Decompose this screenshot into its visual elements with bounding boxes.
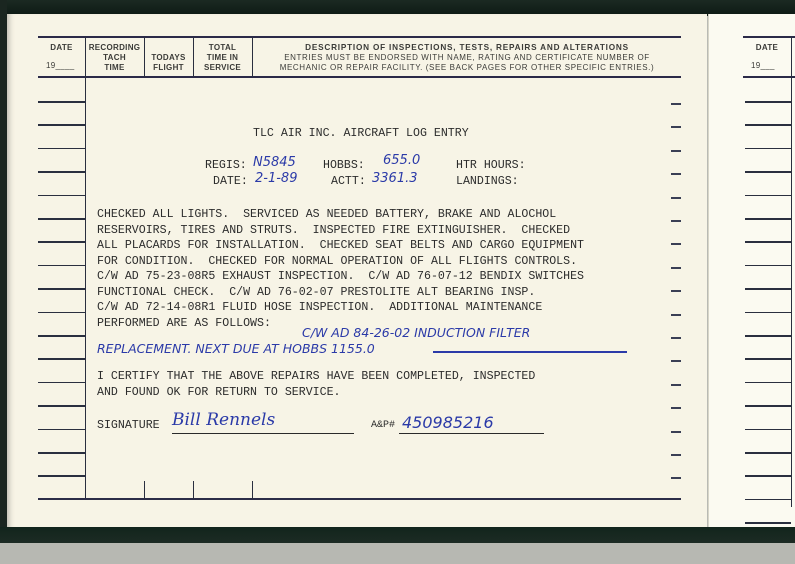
- row-rule: [745, 148, 791, 150]
- ap-number-line: [399, 433, 544, 434]
- header-text: TOTAL: [193, 43, 252, 53]
- col-divider: [144, 481, 145, 499]
- row-rule: [38, 312, 85, 314]
- certification-line-1: I CERTIFY THAT THE ABOVE REPAIRS HAVE BE…: [97, 369, 535, 384]
- row-rule: [38, 358, 85, 360]
- landings-label: LANDINGS:: [456, 174, 519, 189]
- entry-body-line: ALL PLACARDS FOR INSTALLATION. CHECKED S…: [97, 238, 584, 253]
- header-total-time-in-service: TOTAL TIME IN SERVICE: [193, 43, 252, 73]
- row-rule: [745, 358, 791, 360]
- row-rule: [745, 499, 791, 501]
- row-rule: [38, 101, 85, 103]
- row-rule: [745, 405, 791, 407]
- header-todays-flight: TODAYS FLIGHT: [144, 53, 193, 73]
- row-rule: [38, 241, 85, 243]
- header-top-rule: [38, 36, 681, 38]
- description-title: DESCRIPTION OF INSPECTIONS, TESTS, REPAI…: [253, 43, 681, 53]
- row-rule: [38, 124, 85, 126]
- row-rule: [38, 429, 85, 431]
- header-date-year: 19___: [743, 61, 791, 71]
- date-label: DATE:: [213, 174, 248, 189]
- row-tick: [671, 337, 681, 339]
- row-tick: [671, 267, 681, 269]
- entry-body-line: RESERVOIRS, TIRES AND STRUTS. INSPECTED …: [97, 223, 570, 238]
- col-divider: [193, 481, 194, 499]
- logbook-page: DATE 19____ RECORDING TACH TIME TODAYS F…: [7, 14, 707, 529]
- row-rule: [745, 522, 791, 524]
- htr-hours-label: HTR HOURS:: [456, 158, 526, 173]
- row-tick: [671, 454, 681, 456]
- date-column-divider: [791, 37, 792, 507]
- row-tick: [671, 243, 681, 245]
- row-tick: [671, 150, 681, 152]
- row-rule: [745, 241, 791, 243]
- header-date-year: 19____: [38, 61, 85, 71]
- footer-bottom-rule: [38, 498, 681, 500]
- row-rule: [38, 475, 85, 477]
- row-rule: [38, 218, 85, 220]
- date-year-prefix: 19: [46, 61, 56, 70]
- actt-value: 3361.3: [372, 171, 418, 186]
- row-rule: [745, 288, 791, 290]
- header-text: SERVICE: [193, 63, 252, 73]
- row-rule: [38, 265, 85, 267]
- entry-body-line: C/W AD 75-23-08R5 EXHAUST INSPECTION. C/…: [97, 269, 584, 284]
- next-logbook-page: DATE 19___: [708, 14, 795, 529]
- row-rule: [745, 475, 791, 477]
- row-tick: [671, 173, 681, 175]
- handwritten-ad-note: C/W AD 84-26-02 INDUCTION FILTER: [302, 325, 530, 340]
- actt-label: ACTT:: [331, 174, 366, 189]
- entry-body-line: FOR CONDITION. CHECKED FOR NORMAL OPERAT…: [97, 254, 577, 269]
- hobbs-value: 655.0: [383, 153, 420, 168]
- row-rule: [745, 171, 791, 173]
- handwritten-strike-line: [433, 351, 627, 353]
- header-text: RECORDING: [85, 43, 144, 53]
- header-date-label: DATE: [38, 43, 85, 53]
- ap-number-label: A&P#: [371, 418, 395, 433]
- entry-body-line: PERFORMED ARE AS FOLLOWS:: [97, 316, 271, 331]
- header-text: TIME IN: [193, 53, 252, 63]
- regis-label: REGIS:: [205, 158, 247, 173]
- date-year-prefix: 19: [751, 61, 761, 70]
- row-rule: [38, 288, 85, 290]
- row-tick: [671, 477, 681, 479]
- row-rule: [745, 382, 791, 384]
- header-bottom-rule: [38, 76, 681, 78]
- row-rule: [745, 312, 791, 314]
- row-rule: [38, 382, 85, 384]
- header-date-label: DATE: [743, 43, 791, 53]
- header-bottom-rule: [743, 76, 795, 78]
- entry-title: TLC AIR INC. AIRCRAFT LOG ENTRY: [253, 126, 469, 141]
- signature-line: [172, 433, 354, 434]
- signature-value: Bill Rennels: [172, 410, 275, 430]
- row-rule: [38, 405, 85, 407]
- row-tick: [671, 431, 681, 433]
- row-rule: [38, 335, 85, 337]
- row-rule: [38, 148, 85, 150]
- hobbs-label: HOBBS:: [323, 158, 365, 173]
- row-tick: [671, 220, 681, 222]
- header-description: DESCRIPTION OF INSPECTIONS, TESTS, REPAI…: [253, 43, 681, 73]
- description-instructions: ENTRIES MUST BE ENDORSED WITH NAME, RATI…: [253, 53, 681, 63]
- date-value: 2-1-89: [255, 171, 297, 186]
- ap-number-value: 450985216: [402, 413, 494, 432]
- row-rule: [745, 195, 791, 197]
- entry-body-line: FUNCTIONAL CHECK. C/W AD 76-02-07 PRESTO…: [97, 285, 535, 300]
- regis-value: N5845: [253, 155, 296, 170]
- entry-body-line: C/W AD 72-14-08R1 FLUID HOSE INSPECTION.…: [97, 300, 542, 315]
- row-rule: [745, 124, 791, 126]
- header-date: DATE 19____: [38, 43, 85, 71]
- row-rule: [745, 335, 791, 337]
- scan-background: [0, 543, 795, 564]
- handwritten-next-due-note: REPLACEMENT. NEXT DUE AT HOBBS 1155.0: [97, 341, 375, 356]
- row-rule: [38, 195, 85, 197]
- certification-line-2: AND FOUND OK FOR RETURN TO SERVICE.: [97, 385, 341, 400]
- row-tick: [671, 360, 681, 362]
- row-tick: [671, 197, 681, 199]
- row-rule: [38, 171, 85, 173]
- row-rule: [745, 265, 791, 267]
- row-tick: [671, 314, 681, 316]
- row-tick: [671, 407, 681, 409]
- header-text: TODAYS: [144, 53, 193, 63]
- description-instructions: MECHANIC OR REPAIR FACILITY. (SEE BACK P…: [253, 63, 681, 73]
- date-column-divider: [85, 77, 86, 499]
- signature-label: SIGNATURE: [97, 418, 160, 433]
- logbook-cover-left: [0, 0, 7, 540]
- header-text: FLIGHT: [144, 63, 193, 73]
- header-top-rule: [743, 36, 795, 38]
- row-tick: [671, 384, 681, 386]
- row-tick: [671, 103, 681, 105]
- row-rule: [745, 452, 791, 454]
- row-rule: [745, 218, 791, 220]
- entry-body-line: CHECKED ALL LIGHTS. SERVICED AS NEEDED B…: [97, 207, 556, 222]
- header-date: DATE 19___: [743, 43, 791, 71]
- row-rule: [745, 101, 791, 103]
- row-rule: [38, 452, 85, 454]
- row-rule: [745, 429, 791, 431]
- row-tick: [671, 126, 681, 128]
- col-divider: [252, 481, 253, 499]
- row-tick: [671, 290, 681, 292]
- header-text: TIME: [85, 63, 144, 73]
- logbook-cover-bottom: [0, 527, 795, 543]
- header-text: TACH: [85, 53, 144, 63]
- header-recording-tach-time: RECORDING TACH TIME: [85, 43, 144, 73]
